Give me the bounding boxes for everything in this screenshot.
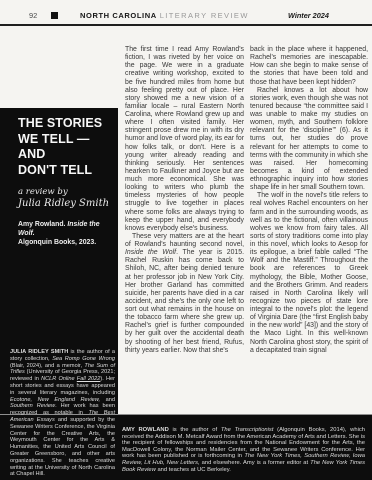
text-segment: . The year is 2015. Rachel Ruskin has co… — [125, 249, 244, 354]
article-title-line-3: DON'T TELL — [18, 163, 114, 179]
journal-title-light: LITERARY REVIEW — [160, 11, 249, 20]
text-segment: back in the place where it happened, Rac… — [250, 46, 368, 86]
journal-title-bold: NORTH CAROLINA — [80, 11, 157, 20]
text-segment: Algonquin Books, 2023. — [18, 239, 96, 246]
header-divider — [0, 24, 372, 26]
page-header: 92 NORTH CAROLINALITERARY REVIEW Winter … — [0, 0, 372, 25]
page-number: 92 — [29, 11, 37, 20]
text-segment: and — [100, 397, 115, 403]
text-segment: The Transcriptionist — [221, 427, 274, 433]
text-segment: Amy Rowland. — [18, 221, 67, 228]
byline: a review by Julia Ridley Smith — [18, 187, 114, 210]
text-segment: NCLR Online — [41, 376, 75, 382]
reviewer-name: Julia Ridley Smith — [18, 198, 114, 210]
review-paragraph: back in the place where it happened, Rac… — [250, 46, 368, 87]
text-segment: Ecotone, New England Review, — [10, 397, 100, 403]
book-citation: Amy Rowland. Inside the Wolf. Algonquin … — [18, 220, 114, 247]
text-segment: is the author of — [169, 427, 221, 433]
book-citation-line-1: Amy Rowland. Inside the Wolf. — [18, 220, 114, 238]
text-segment: Southern Review — [10, 403, 55, 409]
journal-title: NORTH CAROLINALITERARY REVIEW — [80, 11, 249, 20]
text-segment: and supported by the Sewanee Writers Con… — [10, 417, 115, 477]
text-segment: AMY ROWLAND — [122, 427, 169, 433]
text-segment: The first time I read Amy Rowland's fict… — [125, 46, 244, 232]
review-paragraph: Rachel knows a lot about how stories wor… — [250, 87, 368, 193]
article-title: THE STORIES WE TELL — AND DON'T TELL — [18, 116, 114, 178]
review-paragraph: The wolf in the novel's title refers to … — [250, 192, 368, 355]
reviewer-bio: JULIA RIDLEY SMITH is the author of a st… — [10, 349, 115, 478]
text-segment: These very matters are at the heart of R… — [125, 233, 244, 248]
review-column-2: back in the place where it happened, Rac… — [250, 46, 368, 355]
review-column-1: The first time I read Amy Rowland's fict… — [125, 46, 244, 355]
square-bullet-icon — [51, 12, 58, 19]
text-segment: The wolf in the novel's title refers to … — [250, 192, 368, 353]
author-bio: AMY ROWLAND is the author of The Transcr… — [122, 427, 365, 473]
article-title-line-2: WE TELL — AND — [18, 132, 114, 163]
article-title-line-1: THE STORIES — [18, 116, 114, 132]
book-citation-line-2: Algonquin Books, 2023. — [18, 238, 114, 247]
text-segment: JULIA RIDLEY SMITH — [10, 349, 68, 355]
text-segment: and teaches at UC Berkeley. — [156, 467, 231, 473]
byline-prefix: a review by — [18, 187, 114, 197]
fall-2022-link[interactable]: Fall 2022 — [77, 376, 101, 382]
review-paragraph: The first time I read Amy Rowland's fict… — [125, 46, 244, 233]
text-segment: Sea Romp Gone Wrong — [52, 356, 115, 362]
text-segment: (Blair, 2024), and a memoir, — [10, 363, 84, 369]
text-segment: Rachel knows a lot about how stories wor… — [250, 87, 368, 192]
magazine-page: 92 NORTH CAROLINALITERARY REVIEW Winter … — [0, 0, 372, 480]
issue-date: Winter 2024 — [288, 11, 329, 20]
review-paragraph: These very matters are at the heart of R… — [125, 233, 244, 355]
text-segment: Inside the Wolf — [125, 249, 176, 256]
feature-title-block: THE STORIES WE TELL — AND DON'T TELL a r… — [18, 116, 114, 247]
text-segment: and elsewhere. Amy is a former editor at — [200, 460, 311, 466]
